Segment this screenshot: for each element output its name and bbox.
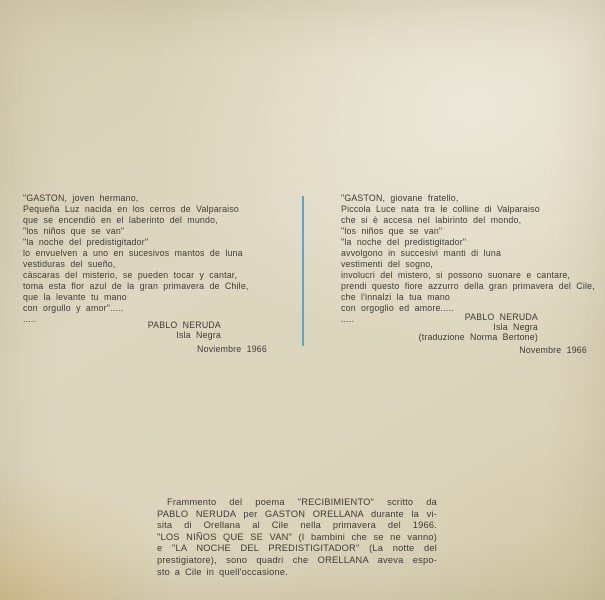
poem-line-italian: "los niños que se van" (341, 226, 603, 237)
poem-line-spanish: toma esta flor azul de la gran primavera… (23, 281, 301, 292)
footnote-line: e "LA NOCHE DEL PREDISTIGITADOR" (La not… (157, 543, 437, 555)
poem-line-italian: "GASTON, giovane fratello, (341, 193, 603, 204)
poem-line-italian: "la noche del predistigitador" (341, 237, 603, 248)
footnote-line: Frammento del poema "RECIBIMIENTO" scrit… (157, 497, 437, 509)
poem-spanish: "GASTON, joven hermano,Pequeña Luz nacid… (23, 193, 301, 325)
footnote-line: sto a Cile in quell'occasione. (157, 567, 437, 579)
signature-line: Isla Negra (23, 330, 221, 340)
poem-line-italian: prendi questo fiore azzurro della gran p… (341, 281, 603, 292)
poem-line-spanish: que la levante tu mano (23, 292, 301, 303)
poem-line-italian: involucri del mistero, si possono suonar… (341, 270, 603, 281)
signature-date-spanish: Noviembre 1966 (23, 344, 267, 354)
signature-line: (traduzione Norma Bertone) (390, 332, 538, 342)
signature-names-spanish: PABLO NERUDAIsla Negra (23, 320, 221, 340)
poem-line-spanish: càscaras del misterio, se pueden tocar y… (23, 270, 301, 281)
signature-line: PABLO NERUDA (390, 312, 538, 322)
poem-line-spanish: Pequeña Luz nacida en los cerros de Valp… (23, 204, 301, 215)
signature-date-italian: Novembre 1966 (390, 345, 587, 355)
poem-line-spanish: que se encendiò en el laberinto del mund… (23, 215, 301, 226)
poem-line-spanish: con orgullo y amor"..... (23, 303, 301, 314)
liner-notes-page: "GASTON, joven hermano,Pequeña Luz nacid… (0, 0, 605, 600)
signature-block-italian: PABLO NERUDAIsla Negra(traduzione Norma … (390, 312, 587, 355)
poem-line-spanish: "la noche del predistigitador" (23, 237, 301, 248)
poem-line-italian: che si è accesa nel labirinto del mondo, (341, 215, 603, 226)
signature-line: Isla Negra (390, 322, 538, 332)
footnote-line: "LOS NIÑOS QUE SE VAN" (I bambini che se… (157, 532, 437, 544)
poem-line-spanish: lo envuelven a uno en sucesivos mantos d… (23, 248, 301, 259)
poem-line-italian: vestimenti del sogno, (341, 259, 603, 270)
poem-line-italian: che l'innalzi la tua mano (341, 292, 603, 303)
footnote-line: PABLO NERUDA per GASTON ORELLANA durante… (157, 509, 437, 521)
signature-names-italian: PABLO NERUDAIsla Negra(traduzione Norma … (390, 312, 538, 342)
poem-line-spanish: vestiduras del sueño, (23, 259, 301, 270)
poem-italian: "GASTON, giovane fratello,Piccola Luce n… (341, 193, 603, 325)
signature-block-spanish: PABLO NERUDAIsla Negra Noviembre 1966 (23, 320, 267, 354)
signature-line: PABLO NERUDA (23, 320, 221, 330)
vertical-divider-line (302, 196, 304, 346)
poem-line-spanish: "los niños que se van" (23, 226, 301, 237)
poem-line-italian: Piccola Luce nata tra le colline di Valp… (341, 204, 603, 215)
footnote-paragraph: Frammento del poema "RECIBIMIENTO" scrit… (157, 497, 437, 578)
footnote-line: prestigiatore), sono quadri che ORELLANA… (157, 555, 437, 567)
footnote-line: sita di Orellana al Cile nella primavera… (157, 520, 437, 532)
poem-line-italian: avvolgono in succesivi manti di luna (341, 248, 603, 259)
poem-line-spanish: "GASTON, joven hermano, (23, 193, 301, 204)
